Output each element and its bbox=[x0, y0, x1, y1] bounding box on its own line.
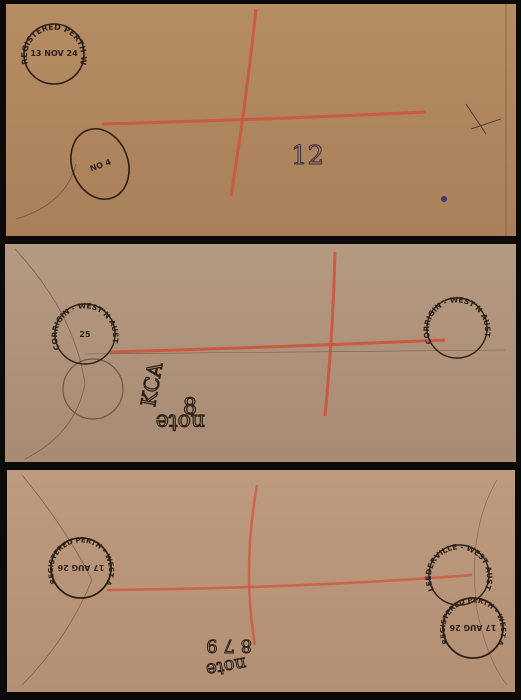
svg-text:17 AUG 26: 17 AUG 26 bbox=[57, 563, 104, 572]
handwritten-note: note bbox=[156, 409, 205, 434]
handwritten-number: 12 bbox=[291, 141, 324, 171]
svg-text:17 AUG 26: 17 AUG 26 bbox=[449, 623, 496, 632]
postmark-corrigin-right: CORRIGIN - WEST'N AUST bbox=[422, 295, 492, 358]
envelope-1-markings: REGISTERED PERTH W.A. 13 NOV 24 NO 4 12 bbox=[6, 4, 516, 236]
postmark-registered-perth-left: REGISTERED PERTH - WEST AUSTRALIA 17 AUG… bbox=[7, 470, 115, 598]
svg-text:13 NOV 24: 13 NOV 24 bbox=[30, 49, 78, 58]
envelope-2-markings: CORRIGIN - WEST'N AUST 25 CORRIGIN - WES… bbox=[5, 244, 516, 462]
postmark-leederville: LEEDERVILLE - WEST AUST bbox=[424, 542, 494, 605]
postmark-registered-perth-oval: NO 4 bbox=[61, 121, 138, 208]
postmark-western-australia-faint bbox=[63, 359, 123, 419]
envelope-1: REGISTERED PERTH W.A. 13 NOV 24 NO 4 12 bbox=[6, 4, 516, 236]
svg-text:25: 25 bbox=[79, 330, 91, 339]
svg-text:CORRIGIN - WEST'N AUST: CORRIGIN - WEST'N AUST bbox=[422, 295, 492, 346]
envelope-2: CORRIGIN - WEST'N AUST 25 CORRIGIN - WES… bbox=[5, 244, 516, 462]
svg-text:NO 4: NO 4 bbox=[89, 157, 113, 173]
svg-text:CORRIGIN - WEST'N AUST: CORRIGIN - WEST'N AUST bbox=[50, 301, 120, 352]
postmark-registered-perth-round: REGISTERED PERTH W.A. 13 NOV 24 bbox=[6, 4, 88, 84]
envelope-3: REGISTERED PERTH - WEST AUSTRALIA 17 AUG… bbox=[7, 470, 515, 692]
envelope-3-markings: REGISTERED PERTH - WEST AUSTRALIA 17 AUG… bbox=[7, 470, 515, 692]
svg-text:LEEDERVILLE - WEST AUST: LEEDERVILLE - WEST AUST bbox=[424, 542, 494, 592]
handwritten-initials: KCA bbox=[136, 360, 167, 408]
